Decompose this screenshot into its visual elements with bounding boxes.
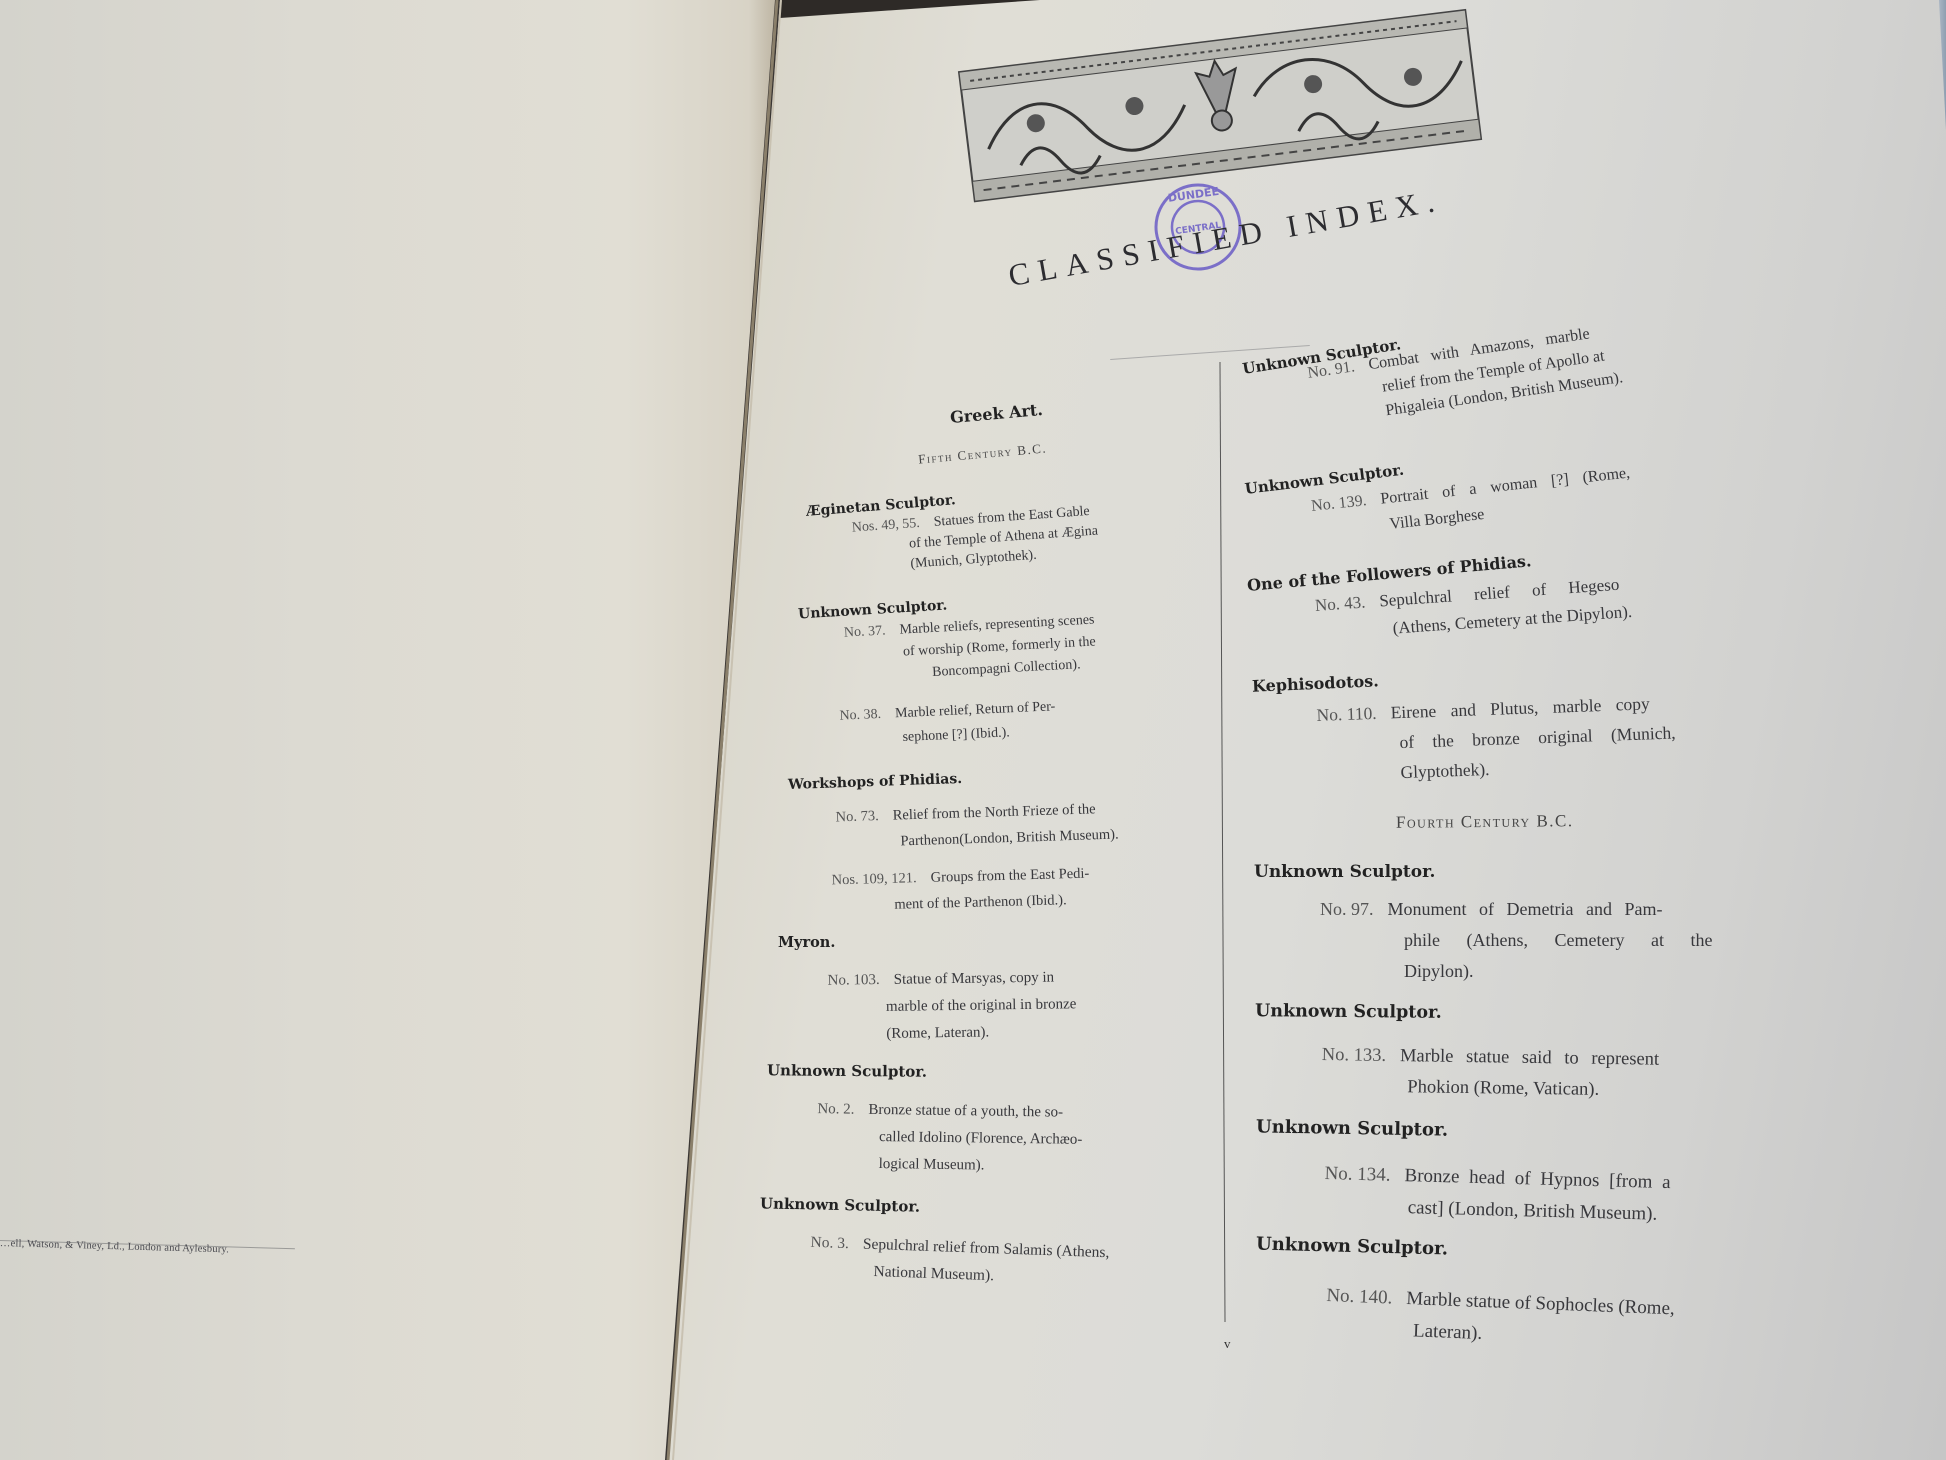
index-entry: No. 134.Bronze head of Hypnos [from a ca… [1323, 1158, 1671, 1231]
entry-number: No. 97. [1320, 894, 1374, 925]
entry-number: No. 43. [1314, 588, 1366, 619]
index-entry: No. 103.Statue of Marsyas, copy in marbl… [827, 964, 1076, 1048]
century-label: Fourth Century B.C. [1396, 811, 1574, 833]
sculptor-heading: Unknown Sculptor. [767, 1061, 927, 1080]
index-entry: No. 110.Eirene and Plutus, marble copy o… [1316, 688, 1677, 790]
entry-number: No. 140. [1326, 1280, 1393, 1315]
page-number: v [1224, 1336, 1231, 1352]
sculptor-heading: Unknown Sculptor. [1254, 862, 1435, 882]
entry-number: No. 38. [839, 703, 882, 729]
index-entry: No. 38.Marble relief, Return of Per- sep… [839, 695, 1057, 752]
entry-number: Nos. 109, 121. [831, 865, 917, 893]
sculptor-heading: Unknown Sculptor. [1255, 1001, 1442, 1023]
index-entry: No. 140.Marble statue of Sophocles (Rome… [1325, 1280, 1676, 1357]
entry-number: No. 37. [843, 620, 886, 644]
entry-number: No. 2. [817, 1096, 854, 1124]
sculptor-heading: Myron. [778, 934, 835, 951]
index-entry: No. 3.Sepulchral relief from Salamis (At… [809, 1229, 1110, 1293]
index-entry: No. 37.Marble reliefs, representing scen… [843, 609, 1097, 688]
sculptor-heading: Unknown Sculptor. [760, 1194, 920, 1215]
entry-number: No. 3. [810, 1229, 849, 1257]
entry-number: No. 110. [1316, 698, 1377, 730]
index-entry: No. 73.Relief from the North Frieze of t… [835, 796, 1119, 857]
index-entry: No. 2.Bronze statue of a youth, the so- … [816, 1096, 1082, 1181]
entry-number: No. 103. [827, 967, 879, 995]
sculptor-heading: Unknown Sculptor. [1256, 1116, 1448, 1140]
index-entry: No. 97.Monument of Demetria and Pam- phi… [1320, 894, 1712, 987]
entry-number: No. 133. [1322, 1040, 1387, 1072]
entry-number: No. 134. [1324, 1158, 1391, 1192]
index-entry: Nos. 109, 121.Groups from the East Pedi-… [831, 861, 1090, 920]
entry-number: No. 73. [835, 803, 879, 830]
open-book-photo: …ell, Watson, & Viney, Ld., London and A… [0, 0, 1946, 1460]
index-entry: No. 133.Marble statue said to represent … [1321, 1040, 1659, 1107]
